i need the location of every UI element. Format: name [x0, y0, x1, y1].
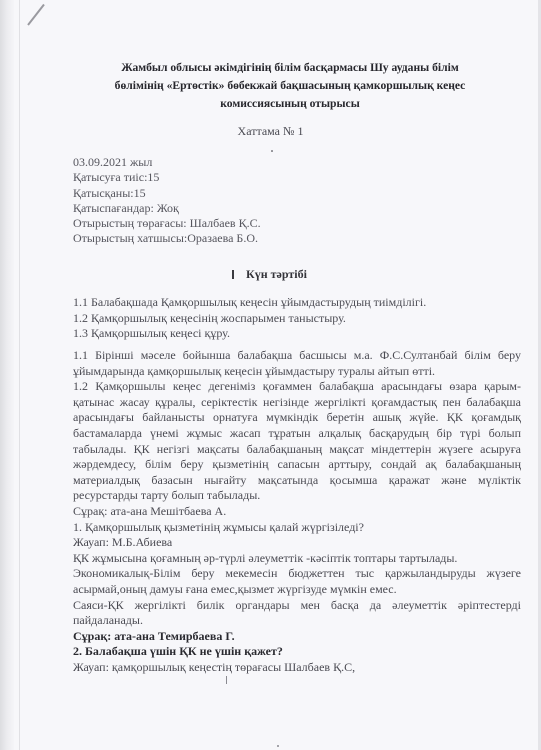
- agenda-item: 1.2 Қамқоршылық кеңесінің жоспарымен тан…: [73, 311, 426, 327]
- meeting-secretary: Отырыстың хатшысы:Оразаева Б.О.: [73, 231, 261, 246]
- document-body: 1.1 Бірінші мәселе бойынша балабақша бас…: [73, 348, 521, 675]
- question-2-text: 2. Балабақша үшін ҚК не үшін қажет?: [73, 644, 521, 660]
- attended-count: Қатысқаны:15: [73, 186, 261, 201]
- answer-2-text: Жауап: қамқоршылық кеңестің төрағасы Шал…: [73, 660, 521, 676]
- meeting-date: 03.09.2021 жыл: [73, 155, 261, 170]
- scan-artifact: [271, 150, 273, 152]
- agenda-title: Күн тәртібі: [0, 267, 541, 282]
- answer-1-paragraph-1: ҚК жұмысына қоғамның әр-түрлі әлеуметтік…: [73, 551, 521, 567]
- absent-count: Қатыспағандар: Жоқ: [73, 201, 261, 216]
- answer-1-paragraph-3: Саяси-ҚК жергілікті билік органдары мен …: [73, 598, 521, 629]
- agenda-item: 1.1 Балабақшада Қамқоршылық кеңесін ұйым…: [73, 295, 426, 311]
- header-line-1: Жамбыл облысы әкімдігінің білім басқарма…: [60, 59, 520, 77]
- document-header: Жамбыл облысы әкімдігінің білім басқарма…: [60, 59, 520, 113]
- scan-scratch-mark: [27, 4, 45, 26]
- scan-artifact: [277, 745, 279, 747]
- protocol-title: Хаттама № 1: [0, 124, 541, 139]
- agenda-item: 1.3 Қамқоршылық кеңесі құру.: [73, 326, 426, 342]
- meeting-meta: 03.09.2021 жыл Қатысуға тиіс:15 Қатысқан…: [73, 155, 261, 247]
- header-line-2: бөлімінің «Ертөстік» бөбекжай бақшасының…: [60, 77, 520, 95]
- scan-artifact: [226, 676, 227, 684]
- question-1-author: Сұрақ: ата-ана Мешітбаева А.: [73, 504, 521, 520]
- scan-left-edge: [0, 0, 14, 750]
- document-page: Жамбыл облысы әкімдігінің білім басқарма…: [0, 0, 541, 750]
- answer-1-paragraph-2: Экономикалық-Білім беру мекемесін бюджет…: [73, 566, 521, 597]
- question-1-text: 1. Қамқоршылық қызметінің жұмысы қалай ж…: [73, 520, 521, 536]
- answer-1-author: Жауап: М.Б.Абиева: [73, 535, 521, 551]
- meeting-chairman: Отырыстың төрағасы: Шалбаев Қ.С.: [73, 216, 261, 231]
- question-2-author: Сұрақ: ата-ана Темирбаева Г.: [73, 629, 521, 645]
- header-line-3: комиссиясының отырысы: [60, 95, 520, 113]
- paragraph-council-definition: 1.2 Қамқоршылы кеңес дегеніміз қоғаммен …: [73, 379, 521, 504]
- scan-fold-line: [19, 0, 20, 750]
- paragraph-first-issue: 1.1 Бірінші мәселе бойынша балабақша бас…: [73, 348, 521, 379]
- agenda-list: 1.1 Балабақшада Қамқоршылық кеңесін ұйым…: [73, 295, 426, 342]
- expected-attendance: Қатысуға тиіс:15: [73, 170, 261, 185]
